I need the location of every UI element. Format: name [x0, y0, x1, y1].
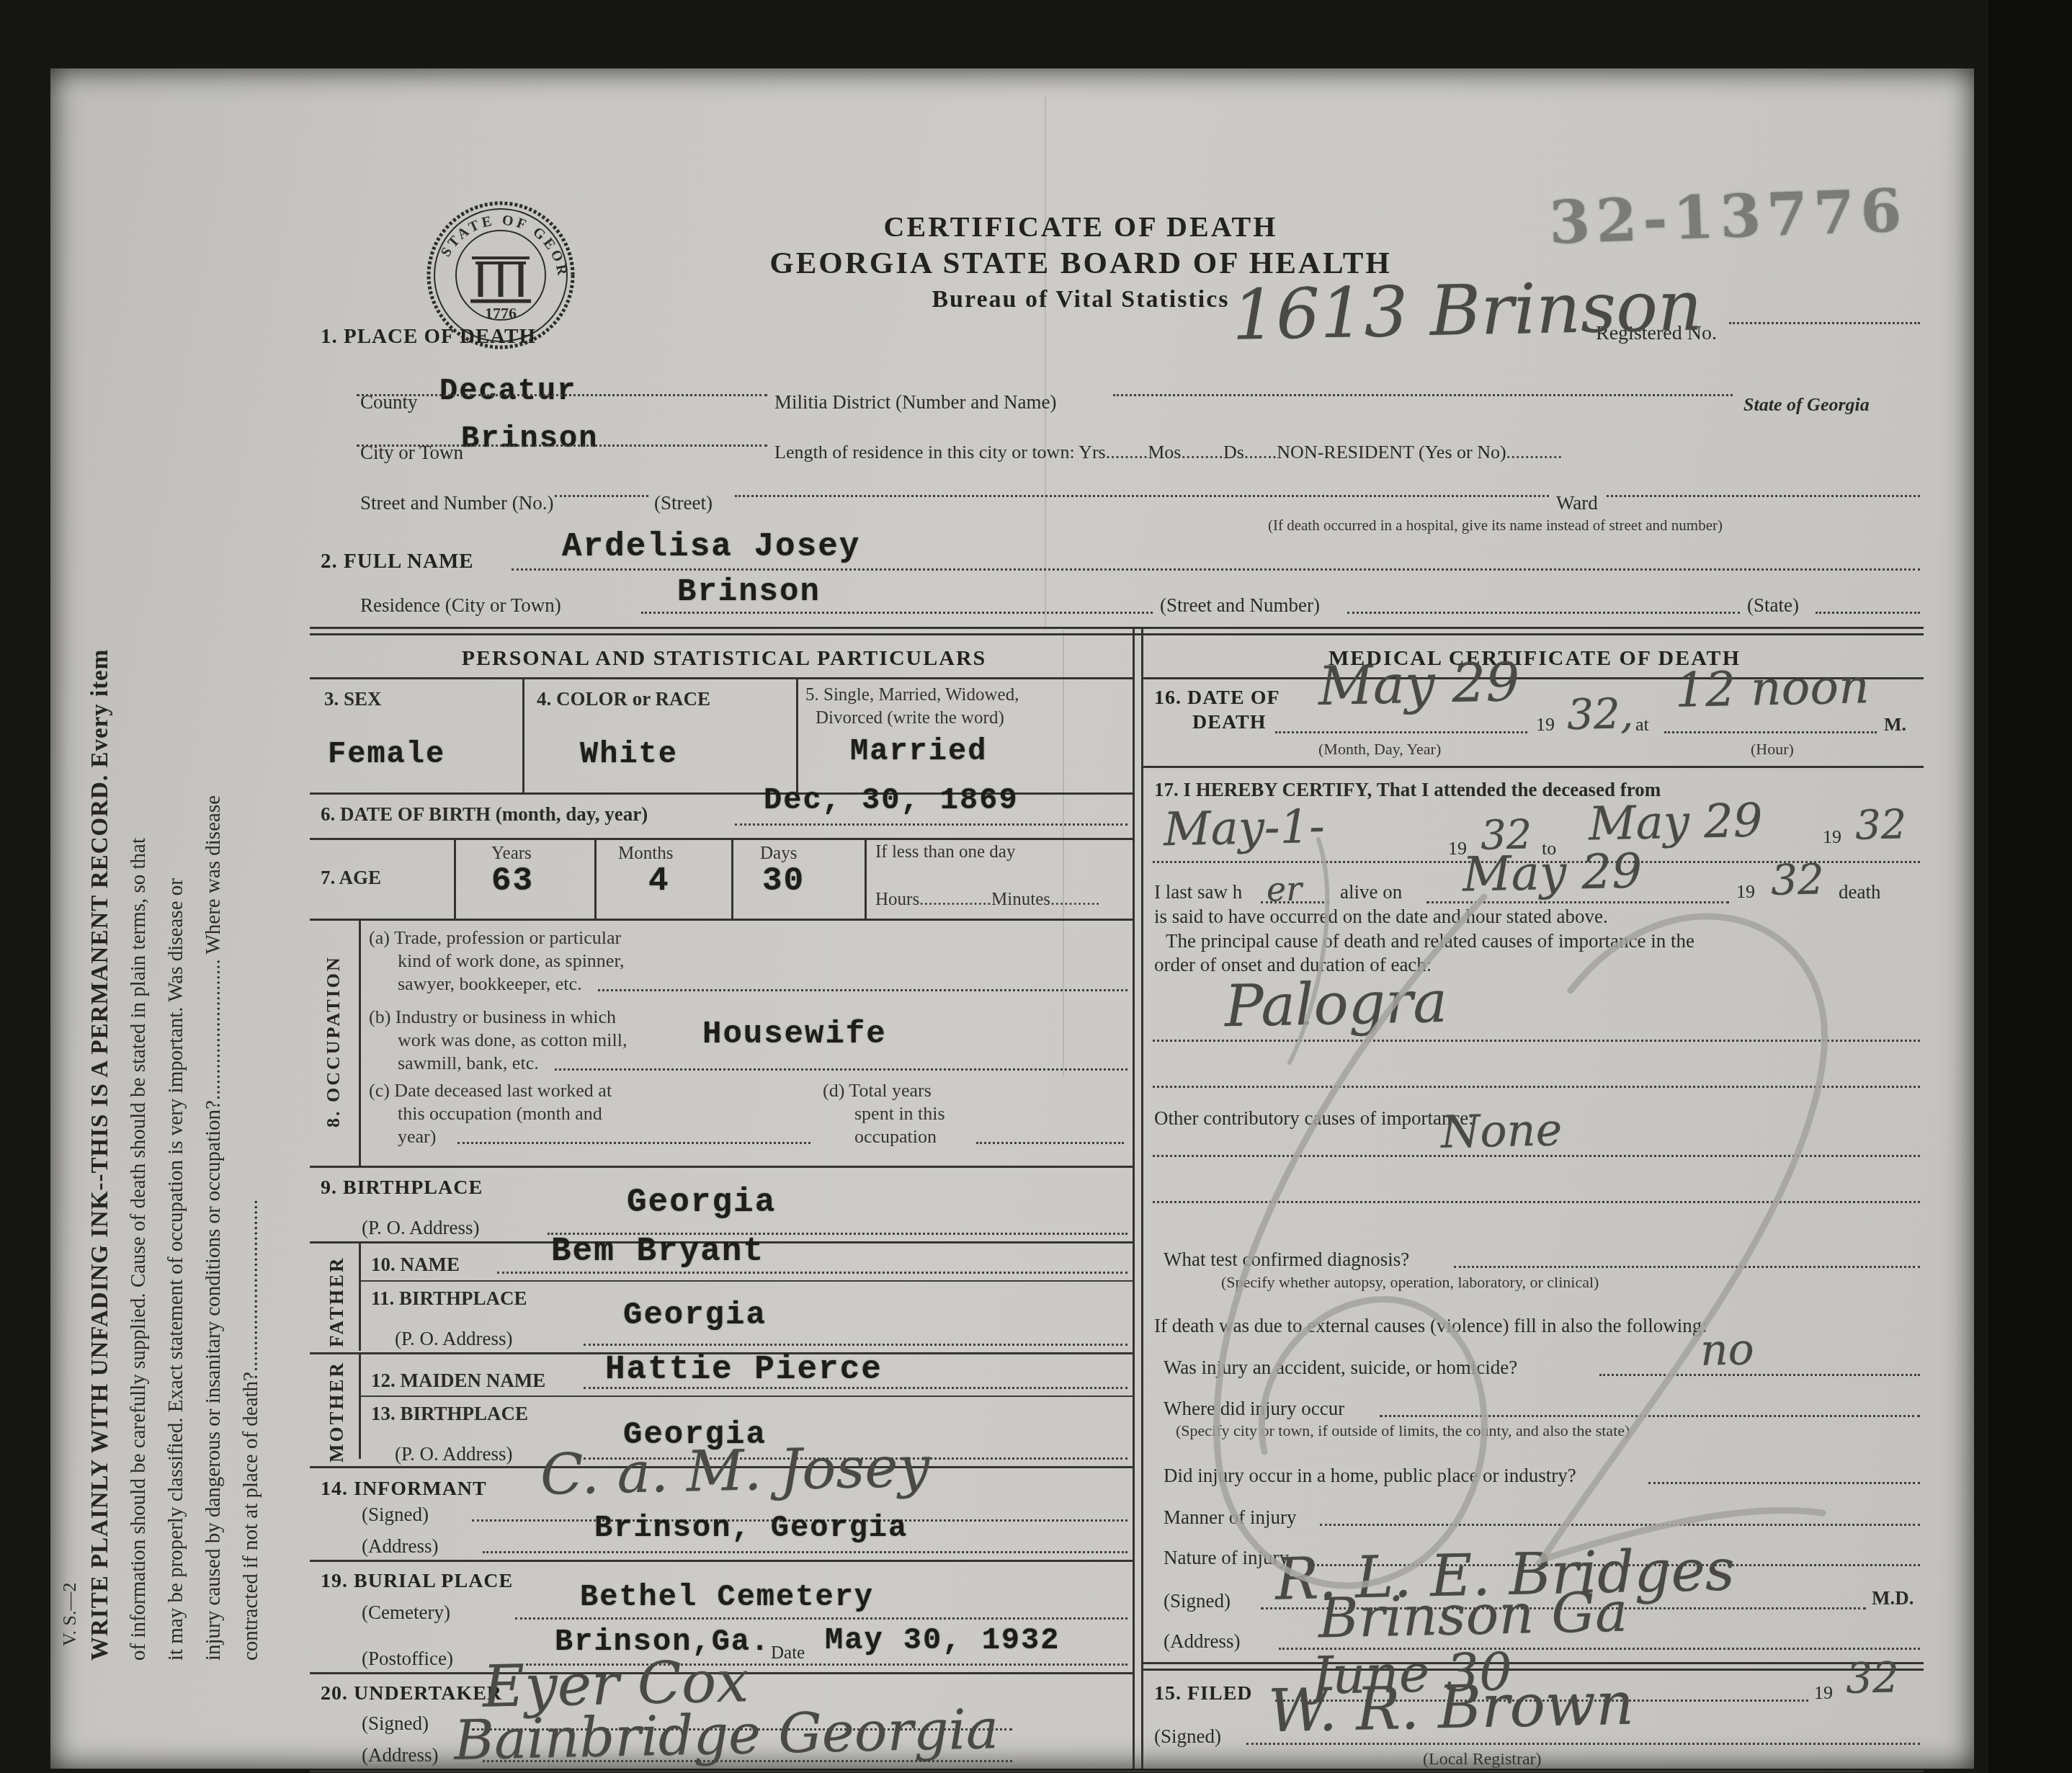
street-and-number-label: Street and Number (No.)	[360, 492, 553, 514]
full-name-value: Ardelisa Josey	[562, 528, 860, 566]
date-of-birth-label: 6. DATE OF BIRTH (month, day, year)	[321, 803, 648, 826]
occupation-value: Housewife	[702, 1017, 887, 1053]
margin-line: injury caused by dangerous or insanitary…	[195, 169, 232, 1661]
certificate-number-stamp: 32-13776	[1548, 176, 1908, 257]
left-column-header: PERSONAL AND STATISTICAL PARTICULARS	[324, 646, 1124, 671]
date-of-death-label-1: 16. DATE OF	[1154, 687, 1280, 710]
father-birthplace-value: Georgia	[623, 1298, 767, 1334]
burial-date-label: Date	[771, 1643, 805, 1663]
ward-label: Ward	[1556, 492, 1598, 514]
father-po-label: (P. O. Address)	[395, 1328, 513, 1350]
residence-state-paren: (State)	[1747, 594, 1799, 617]
pencil-scrawl-62	[1081, 818, 1931, 1754]
street-paren-label: (Street)	[654, 492, 713, 514]
age-days-value: 30	[762, 862, 805, 900]
cemetery-label: (Cemetery)	[362, 1602, 450, 1624]
certificate-title: CERTIFICATE OF DEATH	[699, 210, 1463, 244]
birthplace-value: Georgia	[627, 1184, 776, 1221]
form-code: V. S.—2	[59, 1583, 81, 1646]
occupation-d-line2: spent in this	[854, 1103, 945, 1125]
occupation-c-line1: (c) Date deceased last worked at	[369, 1080, 612, 1102]
months-header: Months	[618, 844, 673, 864]
state-of-georgia-note: State of Georgia	[1743, 394, 1870, 416]
father-name-value: Bem Bryant	[551, 1233, 764, 1270]
days-header: Days	[760, 844, 797, 864]
militia-district-value: 1613 Brinson	[1231, 265, 1703, 356]
occupation-d-line3: occupation	[854, 1126, 937, 1148]
certify-statement: 17. I HEREBY CERTIFY, That I attended th…	[1154, 779, 1661, 801]
city-or-town-value: Brinson	[461, 421, 598, 456]
age-years-value: 63	[491, 862, 534, 900]
informant-signature: C. a. M. Josey	[540, 1434, 930, 1507]
sex-label: 3. SEX	[324, 688, 382, 710]
informant-signed-label: (Signed)	[362, 1504, 429, 1526]
seal-year: 1776	[485, 304, 517, 322]
occupation-b-line3: sawmill, bank, etc.	[398, 1053, 539, 1074]
date-of-birth-value: Dec, 30, 1869	[764, 783, 1019, 818]
age-months-value: 4	[648, 862, 670, 900]
cemetery-value: Bethel Cemetery	[580, 1580, 874, 1615]
seal-ring-text: STATE OF GEORGIA	[421, 195, 571, 280]
hour-of-death-value: 12 noon	[1674, 658, 1870, 718]
county-value: Decatur	[439, 374, 576, 408]
age-label: 7. AGE	[321, 867, 381, 889]
year-prefix-dod: 19	[1536, 714, 1555, 736]
birthplace-label: 9. BIRTHPLACE	[321, 1176, 483, 1200]
undertaker-address-label: (Address)	[362, 1744, 438, 1767]
occupation-c-line2: this occupation (month and	[398, 1103, 602, 1125]
marital-label-2: Divorced (write the word)	[816, 708, 1004, 728]
date-of-death-year: 32,	[1566, 689, 1634, 739]
margin-line: of information should be carefully suppl…	[120, 169, 157, 1661]
father-birthplace-label: 11. BIRTHPLACE	[371, 1287, 527, 1310]
occupation-d-line1: (d) Total years	[823, 1080, 932, 1102]
place-of-death-section-label: 1. PLACE OF DEATH	[321, 325, 536, 349]
postoffice-label: (Postoffice)	[362, 1648, 453, 1670]
margin-instructions: WRITE PLAINLY WITH UNFADING INK--THIS IS…	[81, 169, 269, 1661]
m-label: M.	[1884, 714, 1906, 736]
undertaker-label: 20. UNDERTAKER	[321, 1682, 502, 1705]
scan-edge-shadow	[1988, 0, 2072, 1773]
years-header: Years	[491, 844, 532, 864]
less-than-one-day-label: If less than one day	[875, 842, 1015, 862]
burial-date-value: May 30, 1932	[825, 1623, 1060, 1658]
sex-value: Female	[328, 737, 445, 772]
occupation-c-line3: year)	[398, 1126, 436, 1148]
occupation-b-line1: (b) Industry or business in which	[369, 1006, 616, 1028]
occupation-a-line1: (a) Trade, profession or particular	[369, 927, 621, 949]
margin-line: contracted if not at place of death?....…	[232, 169, 269, 1661]
hospital-note: (If death occurred in a hospital, give i…	[1268, 517, 1723, 535]
marital-status-value: Married	[850, 734, 987, 769]
date-of-death-value: May 29	[1318, 651, 1520, 718]
occupation-b-line2: work was done, as cotton mill,	[398, 1030, 627, 1051]
mother-birthplace-label: 13. BIRTHPLACE	[371, 1403, 528, 1425]
full-name-label: 2. FULL NAME	[321, 550, 474, 573]
mother-side-label: MOTHER	[326, 1361, 348, 1462]
length-of-residence-line: Length of residence in this city or town…	[774, 442, 1563, 463]
month-day-year-note: (Month, Day, Year)	[1318, 740, 1441, 759]
mother-po-label: (P. O. Address)	[395, 1443, 513, 1465]
occupation-a-line3: sawyer, bookkeeper, etc.	[398, 973, 582, 995]
occupation-side-label: 8. OCCUPATION	[323, 955, 344, 1127]
informant-label: 14. INFORMANT	[321, 1478, 487, 1501]
informant-address-value: Brinson, Georgia	[594, 1511, 908, 1545]
certificate-paper: WRITE PLAINLY WITH UNFADING INK--THIS IS…	[50, 68, 1974, 1769]
burial-place-label: 19. BURIAL PLACE	[321, 1570, 513, 1593]
residence-street-paren: (Street and Number)	[1160, 594, 1320, 617]
mother-maiden-name-value: Hattie Pierce	[605, 1351, 883, 1388]
svg-text:STATE OF GEORGIA: STATE OF GEORGIA	[421, 195, 571, 280]
date-of-death-label-2: DEATH	[1192, 711, 1267, 734]
margin-line: WRITE PLAINLY WITH UNFADING INK--THIS IS…	[81, 169, 120, 1661]
color-race-value: White	[580, 737, 678, 772]
father-name-label: 10. NAME	[371, 1254, 460, 1276]
residence-label: Residence (City or Town)	[360, 594, 561, 617]
father-side-label: FATHER	[326, 1256, 348, 1347]
undertaker-signed-label: (Signed)	[362, 1712, 429, 1735]
margin-line: it may be properly classified. Exact sta…	[157, 169, 195, 1661]
birthplace-po-label: (P. O. Address)	[362, 1217, 480, 1239]
color-race-label: 4. COLOR or RACE	[537, 688, 710, 710]
scanned-death-certificate: { "margin": { "form_code": "V. S.—2", "l…	[0, 0, 2072, 1773]
informant-address-label: (Address)	[362, 1535, 438, 1558]
militia-district-label: Militia District (Number and Name)	[774, 391, 1056, 414]
hours-minutes-line: Hours................Minutes...........	[875, 890, 1100, 910]
marital-label-1: 5. Single, Married, Widowed,	[805, 685, 1019, 705]
hour-note: (Hour)	[1751, 740, 1794, 759]
occupation-a-line2: kind of work done, as spinner,	[398, 950, 625, 972]
mother-maiden-name-label: 12. MAIDEN NAME	[371, 1370, 545, 1392]
at-label: at	[1635, 714, 1649, 736]
residence-value: Brinson	[677, 574, 821, 610]
